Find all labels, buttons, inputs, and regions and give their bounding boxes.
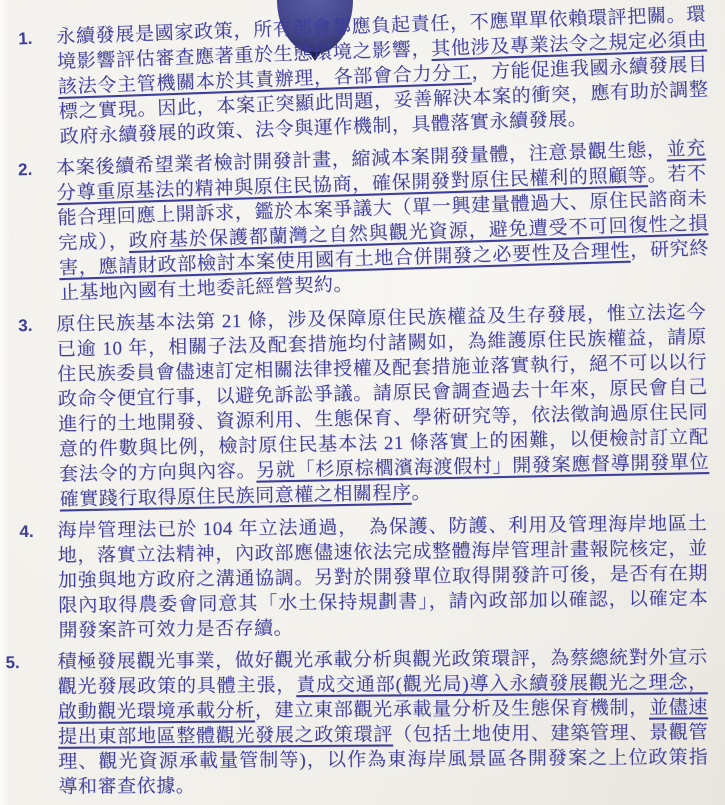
item-number: 4. [0, 519, 58, 545]
text-segment: 。 [411, 482, 431, 503]
item-text: 永續發展是國家政策，所有部會都應負起責任，不應單單依賴環評把關。環境影響評估審查… [56, 2, 710, 150]
numbered-paragraph-list: 1.永續發展是國家政策，所有部會都應負起責任，不應單單依賴環評把關。環境影響評估… [0, 26, 725, 805]
list-item: 5.積極發展觀光事業，做好觀光承載分析與觀光政策環評，為蔡總統對外宣示觀光發展政… [0, 645, 725, 800]
text-segment: 海岸管理法已於 104 年立法通過， 為保護、防護、利用及管理海岸地區土地，落實… [57, 513, 708, 641]
item-text: 積極發展觀光事業，做好觀光承載分析與觀光政策環評，為蔡總統對外宣示觀光發展政策的… [57, 645, 708, 800]
item-text: 原住民族基本法第 21 條，涉及保障原住民族權益及生存發展，惟立法迄今已逾 10… [56, 300, 710, 512]
item-number: 1. [0, 25, 57, 52]
item-number: 5. [0, 650, 58, 675]
item-number: 2. [0, 156, 56, 183]
item-text: 海岸管理法已於 104 年立法通過， 為保護、防護、利用及管理海岸地區土地，落實… [57, 511, 708, 643]
item-number: 3. [0, 312, 57, 338]
scanned-document-page: 1.永續發展是國家政策，所有部會都應負起責任，不應單單依賴環評把關。環境影響評估… [0, 0, 725, 805]
list-item: 4.海岸管理法已於 104 年立法通過， 為保護、防護、利用及管理海岸地區土地，… [0, 511, 725, 644]
list-item: 2.本案後續希望業者檢討開發計畫，縮減本案開發量體，注意景觀生態，並充分尊重原基… [0, 136, 725, 308]
list-item: 1.永續發展是國家政策，所有部會都應負起責任，不應單單依賴環評把關。環境影響評估… [0, 2, 725, 152]
item-text: 本案後續希望業者檢討開發計畫，縮減本案開發量體，注意景觀生態，並充分尊重原基法的… [56, 136, 710, 306]
list-item: 3.原住民族基本法第 21 條，涉及保障原住民族權益及生存發展，惟立法迄今已逾 … [0, 300, 725, 514]
text-segment: ，建立東部觀光承載量分析及生態保育機制， [255, 698, 649, 722]
